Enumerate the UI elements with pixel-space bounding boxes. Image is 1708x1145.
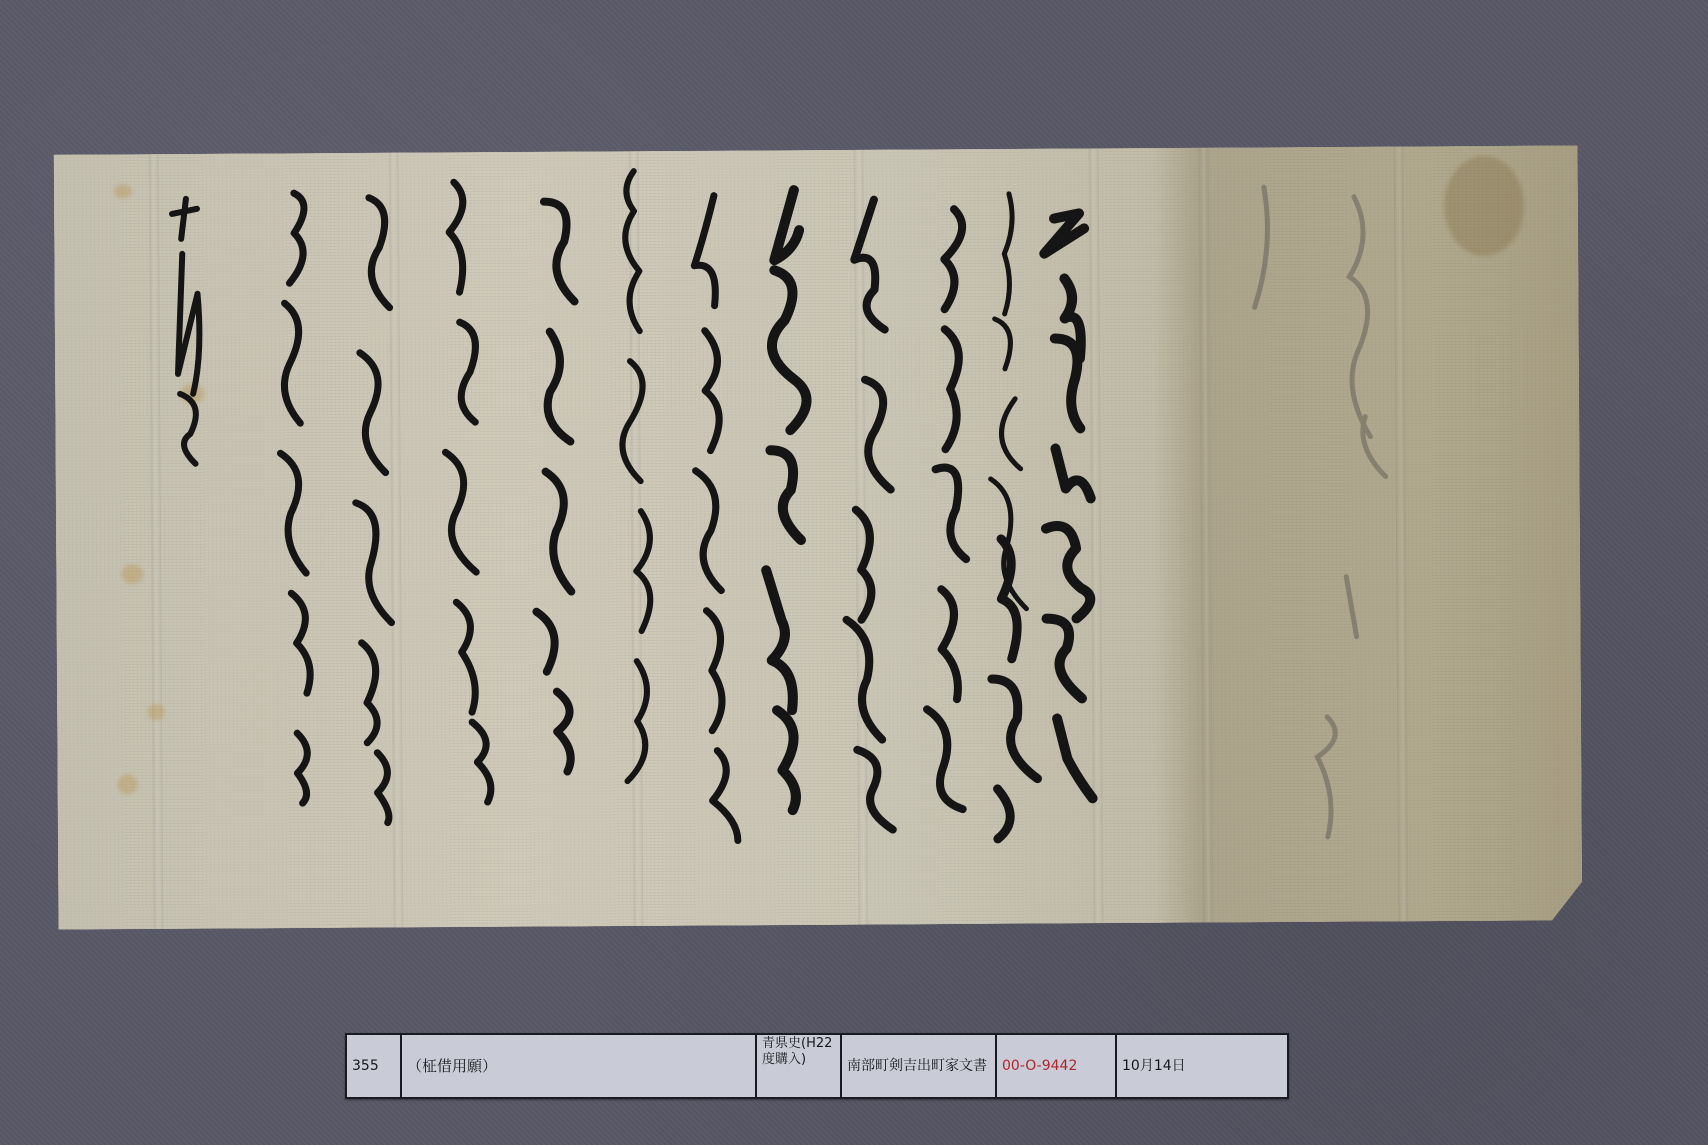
label-title: （柾借用願） [402,1035,757,1097]
calligraphy-column [621,171,652,781]
calligraphy-column [354,198,393,823]
label-number: 355 [347,1035,402,1097]
label-date: 10月14日 [1117,1035,1287,1097]
calligraphy-column [844,200,893,830]
historical-document [54,145,1583,929]
calligraphy-column [991,539,1038,839]
calligraphy-column [534,201,577,771]
calligraphy-columns [54,145,1583,929]
calligraphy-column [694,196,738,841]
calligraphy-column [172,199,200,464]
label-collection: 南部町剣吉出町家文書 [842,1035,997,1097]
calligraphy-column [924,209,968,809]
calligraphy-column [1044,213,1093,798]
calligraphy-column [764,190,809,810]
label-source: 青県史(H22度購入) [757,1035,842,1097]
calligraphy-column [279,193,311,803]
catalog-label: 355 （柾借用願） 青県史(H22度購入) 南部町剣吉出町家文書 00-O-9… [345,1033,1289,1099]
calligraphy-column [444,182,491,802]
label-catalog-id: 00-O-9442 [997,1035,1117,1097]
